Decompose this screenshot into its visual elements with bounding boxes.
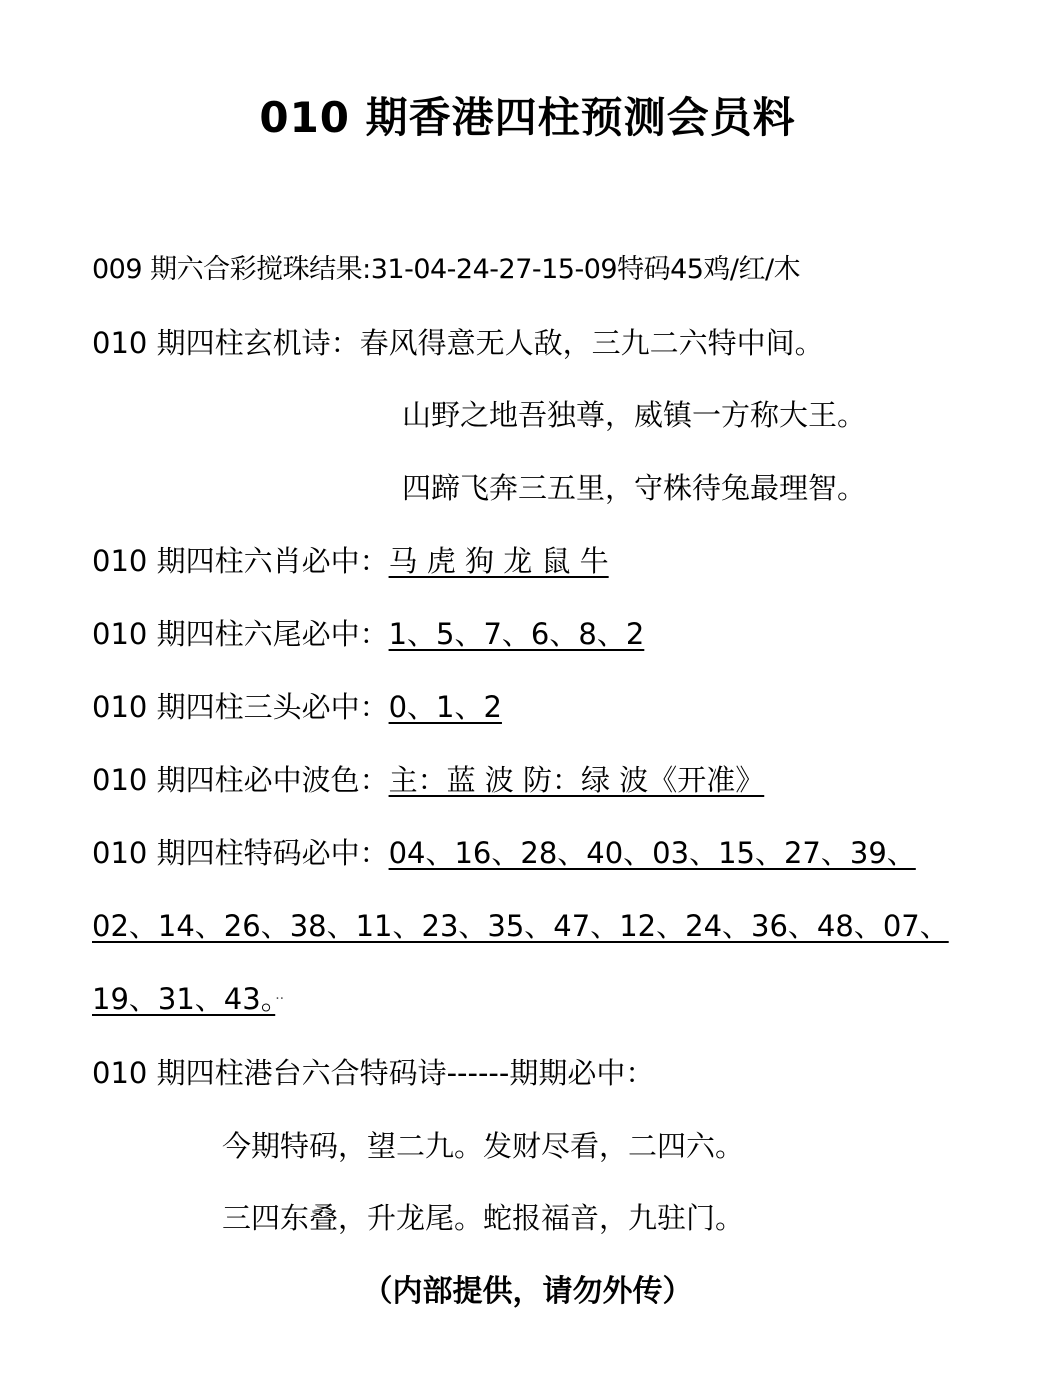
mystery-poem-line-3: 四蹄飞奔三五里，守株待兔最理智。 bbox=[402, 468, 866, 508]
six-zodiacs-label: 010 期四柱六肖必中： bbox=[92, 544, 389, 578]
special-numbers-line-1: 010 期四柱特码必中：04、16、28、40、03、15、27、39、 bbox=[92, 833, 916, 873]
wave-color-line: 010 期四柱必中波色：主：蓝 波 防：绿 波《开准》 bbox=[92, 760, 764, 800]
mystery-poem-label: 010 期四柱玄机诗： bbox=[92, 326, 360, 360]
special-numbers-line-3: 19、31、43。·· bbox=[92, 979, 284, 1019]
special-numbers-line-2: 02、14、26、38、11、23、35、47、12、24、36、48、07、 bbox=[92, 906, 949, 946]
mystery-poem-line-2: 山野之地吾独尊，威镇一方称大王。 bbox=[402, 395, 866, 435]
three-heads-value: 0、1、2 bbox=[389, 690, 502, 724]
three-heads-label: 010 期四柱三头必中： bbox=[92, 690, 389, 724]
six-zodiacs-value: 马 虎 狗 龙 鼠 牛 bbox=[389, 544, 609, 578]
six-zodiacs-line: 010 期四柱六肖必中：马 虎 狗 龙 鼠 牛 bbox=[92, 541, 609, 581]
previous-result-label: 009 期六合彩搅珠结果: bbox=[92, 254, 371, 285]
six-tails-value: 1、5、7、6、8、2 bbox=[389, 617, 645, 651]
three-heads-line: 010 期四柱三头必中：0、1、2 bbox=[92, 687, 502, 727]
special-numbers-value-1: 04、16、28、40、03、15、27、39、 bbox=[389, 836, 916, 870]
mystery-poem-line-1: 010 期四柱玄机诗：春风得意无人敌，三九二六特中间。 bbox=[92, 323, 824, 363]
hk-tw-poem-line-1: 今期特码，望二九。发财尽看，二四六。 bbox=[222, 1126, 744, 1166]
six-tails-line: 010 期四柱六尾必中：1、5、7、6、8、2 bbox=[92, 614, 644, 654]
wave-color-label: 010 期四柱必中波色： bbox=[92, 763, 389, 797]
previous-result-line: 009 期六合彩搅珠结果:31-04-24-27-15-09特码45鸡/红/木 bbox=[92, 250, 800, 290]
trailing-dots: ·· bbox=[275, 991, 284, 1007]
wave-color-value: 主：蓝 波 防：绿 波《开准》 bbox=[389, 763, 765, 797]
hk-tw-poem-heading: 010 期四柱港台六合特码诗------期期必中： bbox=[92, 1053, 654, 1093]
page-title: 010 期香港四柱预测会员料 bbox=[0, 88, 1055, 148]
special-numbers-label: 010 期四柱特码必中： bbox=[92, 836, 389, 870]
special-numbers-value-3: 19、31、43。 bbox=[92, 982, 275, 1016]
mystery-poem-verse: 春风得意无人敌，三九二六特中间。 bbox=[360, 326, 824, 360]
confidential-notice: （内部提供，请勿外传） bbox=[0, 1270, 1055, 1314]
previous-result-value: 31-04-24-27-15-09特码45鸡/红/木 bbox=[371, 254, 800, 285]
six-tails-label: 010 期四柱六尾必中： bbox=[92, 617, 389, 651]
hk-tw-poem-line-2: 三四东叠，升龙尾。蛇报福音，九驻门。 bbox=[222, 1198, 744, 1238]
special-numbers-value-2: 02、14、26、38、11、23、35、47、12、24、36、48、07、 bbox=[92, 909, 949, 943]
